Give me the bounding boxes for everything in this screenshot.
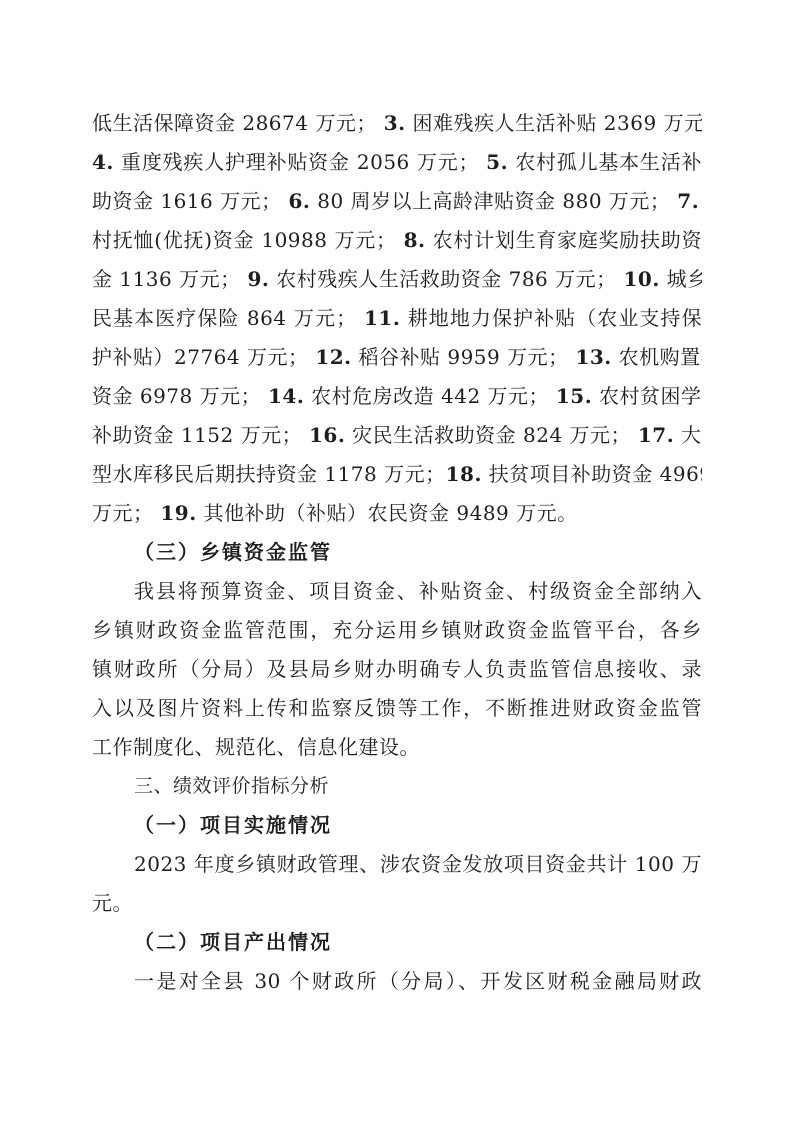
supervision-paragraph: 我县将预算资金、项目资金、补贴资金、村级资金全部纳入 乡镇财政资金监管范围，充分… [92,572,702,767]
text-line: 万元； 19. 其他补助（补贴）农民资金 9489 万元。 [92,494,702,533]
text-line: 我县将预算资金、项目资金、补贴资金、村级资金全部纳入 [92,572,702,611]
output-paragraph: 一是对全县 30 个财政所（分局）、开发区财税金融局财政 [92,962,702,1001]
text-line: 2023 年度乡镇财政管理、涉农资金发放项目资金共计 100 万 [92,845,702,884]
text-line: 金 1136 万元； 9. 农村残疾人生活救助资金 786 万元； 10. 城乡… [92,260,702,299]
section-heading-implementation: （一）项目实施情况 [92,806,702,845]
text-line: 镇财政所（分局）及县局乡财办明确专人负责监管信息接收、录 [92,650,702,689]
text-line: 一是对全县 30 个财政所（分局）、开发区财税金融局财政 [92,962,702,1001]
document-page: 低生活保障资金 28674 万元； 3. 困难残疾人生活补贴 2369 万元； … [92,104,702,1001]
text-line: 元。 [92,884,702,923]
text-line: 4. 重度残疾人护理补贴资金 2056 万元； 5. 农村孤儿基本生活补 [92,143,702,182]
text-line: 入以及图片资料上传和监察反馈等工作，不断推进财政资金监管 [92,689,702,728]
text-line: 护补贴）27764 万元； 12. 稻谷补贴 9959 万元； 13. 农机购置… [92,338,702,377]
text-line: 型水库移民后期扶持资金 1178 万元；18. 扶贫项目补助资金 4969 [92,455,702,494]
text-line: 补助资金 1152 万元； 16. 灾民生活救助资金 824 万元； 17. 大… [92,416,702,455]
chapter-heading-performance: 三、绩效评价指标分析 [92,767,702,806]
text-line: 助资金 1616 万元； 6. 80 周岁以上高龄津贴资金 880 万元； 7.… [92,182,702,221]
subsidy-list-paragraph: 低生活保障资金 28674 万元； 3. 困难残疾人生活补贴 2369 万元； … [92,104,702,533]
section-heading-output: （二）项目产出情况 [92,923,702,962]
text-line: 民基本医疗保险 864 万元； 11. 耕地地力保护补贴（农业支持保 [92,299,702,338]
text-line: 工作制度化、规范化、信息化建设。 [92,728,702,767]
text-line: 低生活保障资金 28674 万元； 3. 困难残疾人生活补贴 2369 万元； [92,104,702,143]
text-line: 村抚恤(优抚)资金 10988 万元； 8. 农村计划生育家庭奖励扶助资 [92,221,702,260]
implementation-paragraph: 2023 年度乡镇财政管理、涉农资金发放项目资金共计 100 万 元。 [92,845,702,923]
text-line: 乡镇财政资金监管范围，充分运用乡镇财政资金监管平台，各乡 [92,611,702,650]
text-line: 资金 6978 万元； 14. 农村危房改造 442 万元； 15. 农村贫困学… [92,377,702,416]
section-heading-supervision: （三）乡镇资金监管 [92,533,702,572]
